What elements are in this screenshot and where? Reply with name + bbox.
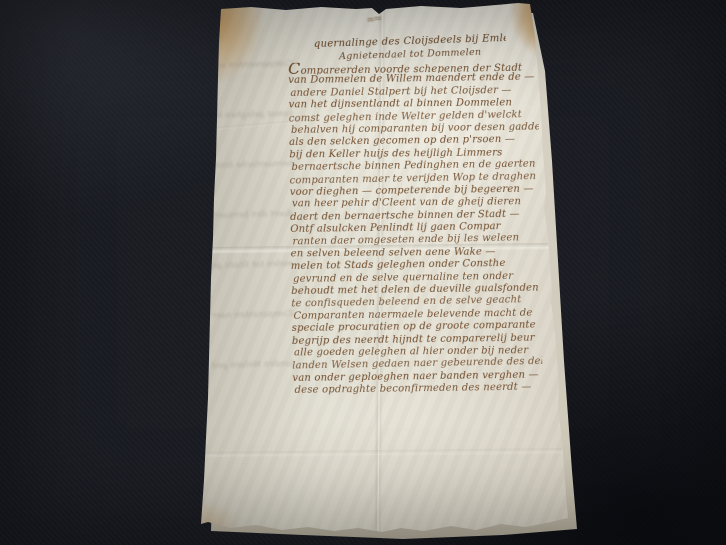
manuscript-line: dese opdraghte beconfirmeden des neerdt … [294,382,542,398]
bleedthrough-line: Compareerden voorde schepenen der Stadt [211,59,293,71]
bleedthrough-line: bernaertsche binnen Pedinghen en de gaer… [211,159,293,171]
bleedthrough-line: comst geleghen inde Welter gelden d'welc… [211,109,293,121]
bleedthrough-line: landen Welsen gedaen naer gebeurende des… [211,359,293,371]
top-ink-scribble: ≈≈ [365,6,411,27]
bleedthrough-line: daert den bernaertsche binnen der Stadt … [211,209,293,221]
fold-crease-horizontal-lower [196,448,572,458]
photo-background: Compareerden voorde schepenen der Stadtc… [0,0,726,545]
manuscript-page: Compareerden voorde schepenen der Stadtc… [196,2,572,536]
stain-top-right [512,0,578,58]
bleedthrough-line: Comparanten naermaele belevende macht de [211,309,293,321]
document-heading: quernalinge des Cloijsdeels bij Emle Agn… [314,32,507,64]
stain-bottom-left [192,500,240,542]
document-body: Compareerden voorde schepenen der Stadtv… [288,60,543,398]
bleedthrough-line: melen tot Stads geleghen onder Consthe [211,259,293,271]
stain-right-edge [562,24,572,174]
ink-bleedthrough: Compareerden voorde schepenen der Stadtc… [211,60,293,428]
